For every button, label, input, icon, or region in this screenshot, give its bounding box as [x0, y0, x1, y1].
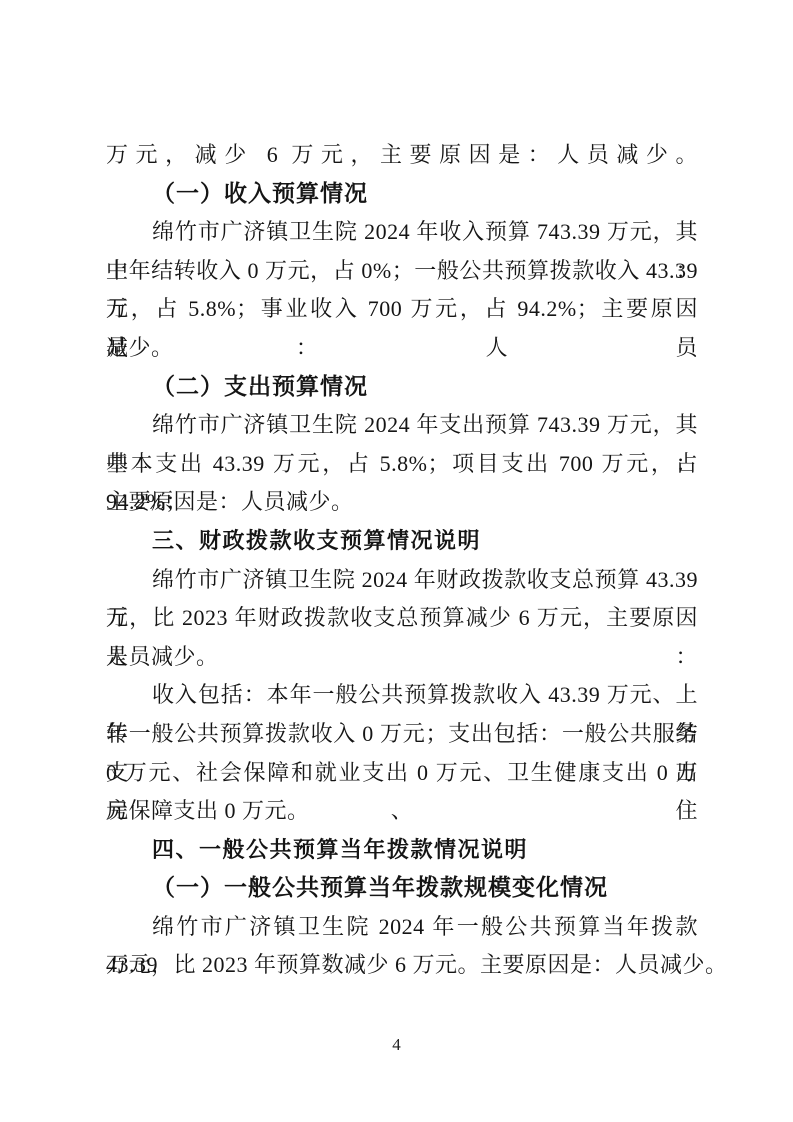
text-line: 上年结转收入 0 万元，占 0%；一般公共预算拨款收入 43.39 万 — [106, 252, 698, 291]
page-body-text: 万元，减少 6 万元，主要原因是：人员减少。 （一）收入预算情况 绵竹市广济镇卫… — [106, 136, 698, 985]
text-line: 元，比 2023 年财政拨款收支总预算减少 6 万元，主要原因是： — [106, 599, 698, 638]
text-line: 元，占 5.8%；事业收入 700 万元，占 94.2%；主要原因是：人员 — [106, 290, 698, 329]
subheading-expenditure-budget: （二）支出预算情况 — [106, 368, 698, 407]
text-line: 主要原因是：人员减少。 — [106, 483, 698, 522]
page-number: 4 — [0, 1034, 793, 1056]
text-line: 绵竹市广济镇卫生院 2024 年一般公共预算当年拨款 43.39 — [106, 908, 698, 947]
text-line: 转一般公共预算拨款收入 0 万元；支出包括：一般公共服务支出 — [106, 715, 698, 754]
text-line: 绵竹市广济镇卫生院 2024 年收入预算 743.39 万元，其中： — [106, 213, 698, 252]
section-heading-public-budget: 四、一般公共预算当年拨款情况说明 — [106, 831, 698, 870]
text-line: 万元，减少 6 万元，主要原因是：人员减少。 — [106, 136, 698, 175]
text-line: 万元，比 2023 年预算数减少 6 万元。主要原因是：人员减少。 — [106, 946, 698, 985]
text-line: 0 万元、社会保障和就业支出 0 万元、卫生健康支出 0 万元、住 — [106, 754, 698, 793]
subheading-allocation-scale: （一）一般公共预算当年拨款规模变化情况 — [106, 869, 698, 908]
text-line: 绵竹市广济镇卫生院 2024 年财政拨款收支总预算 43.39 万 — [106, 561, 698, 600]
text-line: 收入包括：本年一般公共预算拨款收入 43.39 万元、上年结 — [106, 676, 698, 715]
text-line: 基本支出 43.39 万元，占 5.8%；项目支出 700 万元，占 94.2%… — [106, 445, 698, 484]
document-page: 万元，减少 6 万元，主要原因是：人员减少。 （一）收入预算情况 绵竹市广济镇卫… — [0, 0, 793, 1122]
text-line: 绵竹市广济镇卫生院 2024 年支出预算 743.39 万元，其中： — [106, 406, 698, 445]
subheading-income-budget: （一）收入预算情况 — [106, 175, 698, 214]
section-heading-fiscal-allocation: 三、财政拨款收支预算情况说明 — [106, 522, 698, 561]
